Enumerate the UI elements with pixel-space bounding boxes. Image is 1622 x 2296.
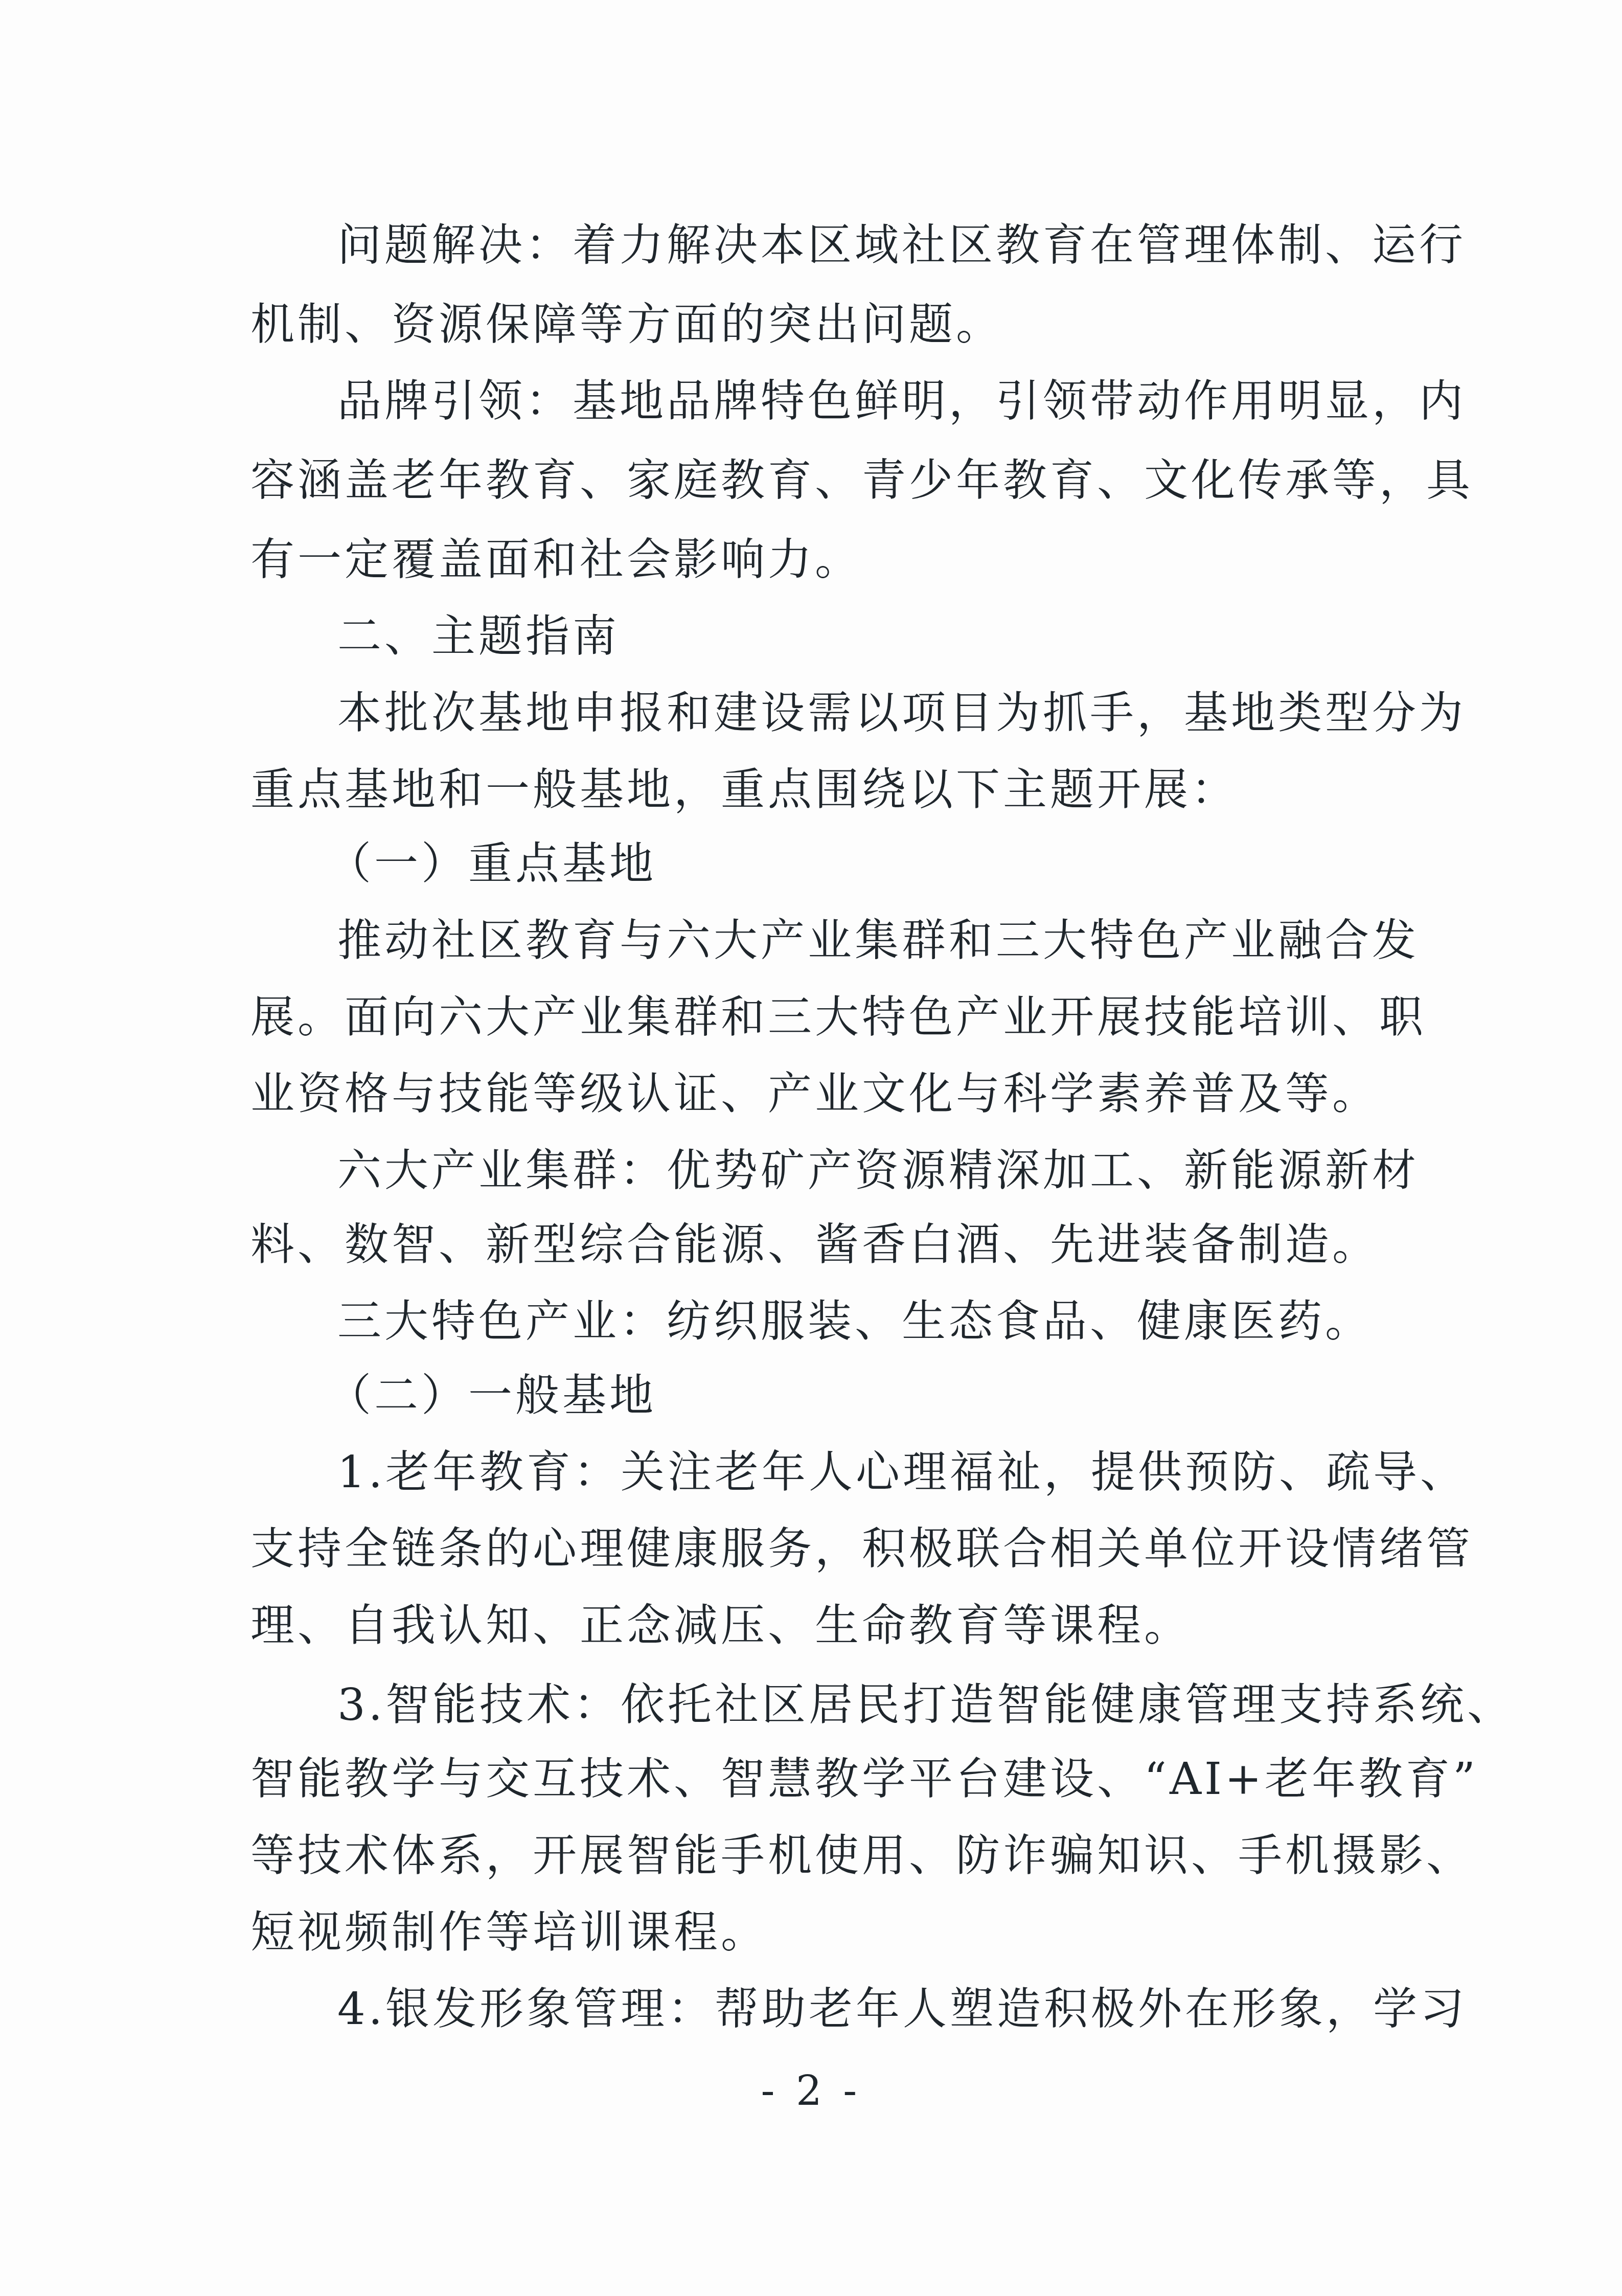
paragraph-line: 有一定覆盖面和社会影响力。 (250, 534, 862, 585)
paragraph-line: 3.智能技术：依托社区居民打造智能健康管理支持系统、 (337, 1679, 1514, 1731)
paragraph-line: 智能教学与交互技术、智慧教学平台建设、“AI+老年教育” (250, 1754, 1478, 1805)
paragraph-line: 1.老年教育：关注老年人心理福祉，提供预防、疏导、 (337, 1447, 1467, 1498)
paragraph-line: 短视频制作等培训课程。 (250, 1907, 768, 1958)
paragraph-line: 等技术体系，开展智能手机使用、防诈骗知识、手机摄影、 (250, 1830, 1473, 1881)
paragraph-line: 六大产业集群：优势矿产资源精深加工、新能源新材 (337, 1145, 1419, 1196)
paragraph-line: 展。面向六大产业集群和三大特色产业开展技能培训、职 (250, 992, 1426, 1043)
subsection-heading: （二）一般基地 (327, 1370, 656, 1421)
paragraph-line: 品牌引领：基地品牌特色鲜明，引领带动作用明显，内 (337, 376, 1466, 427)
page-number: - 2 - (0, 2065, 1622, 2117)
section-heading: 二、主题指南 (337, 611, 620, 662)
document-page: 问题解决：着力解决本区域社区教育在管理体制、运行 机制、资源保障等方面的突出问题… (0, 0, 1622, 2296)
paragraph-line: 料、数智、新型综合能源、酱香白酒、先进装备制造。 (250, 1219, 1379, 1270)
subsection-heading: （一）重点基地 (327, 838, 656, 890)
paragraph-line: 重点基地和一般基地，重点围绕以下主题开展： (250, 764, 1238, 815)
paragraph-line: 支持全链条的心理健康服务，积极联合相关单位开设情绪管 (250, 1524, 1473, 1575)
paragraph-line: 理、自我认知、正念减压、生命教育等课程。 (250, 1600, 1191, 1651)
paragraph-line: 三大特色产业：纺织服装、生态食品、健康医药。 (337, 1296, 1372, 1347)
paragraph-line: 问题解决：着力解决本区域社区教育在管理体制、运行 (337, 220, 1466, 271)
paragraph-line: 机制、资源保障等方面的突出问题。 (250, 299, 1003, 350)
paragraph-line: 推动社区教育与六大产业集群和三大特色产业融合发 (337, 915, 1419, 966)
paragraph-line: 业资格与技能等级认证、产业文化与科学素养普及等。 (250, 1069, 1379, 1120)
paragraph-line: 4.银发形象管理：帮助老年人塑造积极外在形象，学习 (337, 1984, 1467, 2035)
paragraph-line: 本批次基地申报和建设需以项目为抓手，基地类型分为 (337, 688, 1466, 739)
paragraph-line: 容涵盖老年教育、家庭教育、青少年教育、文化传承等，具 (250, 455, 1473, 506)
